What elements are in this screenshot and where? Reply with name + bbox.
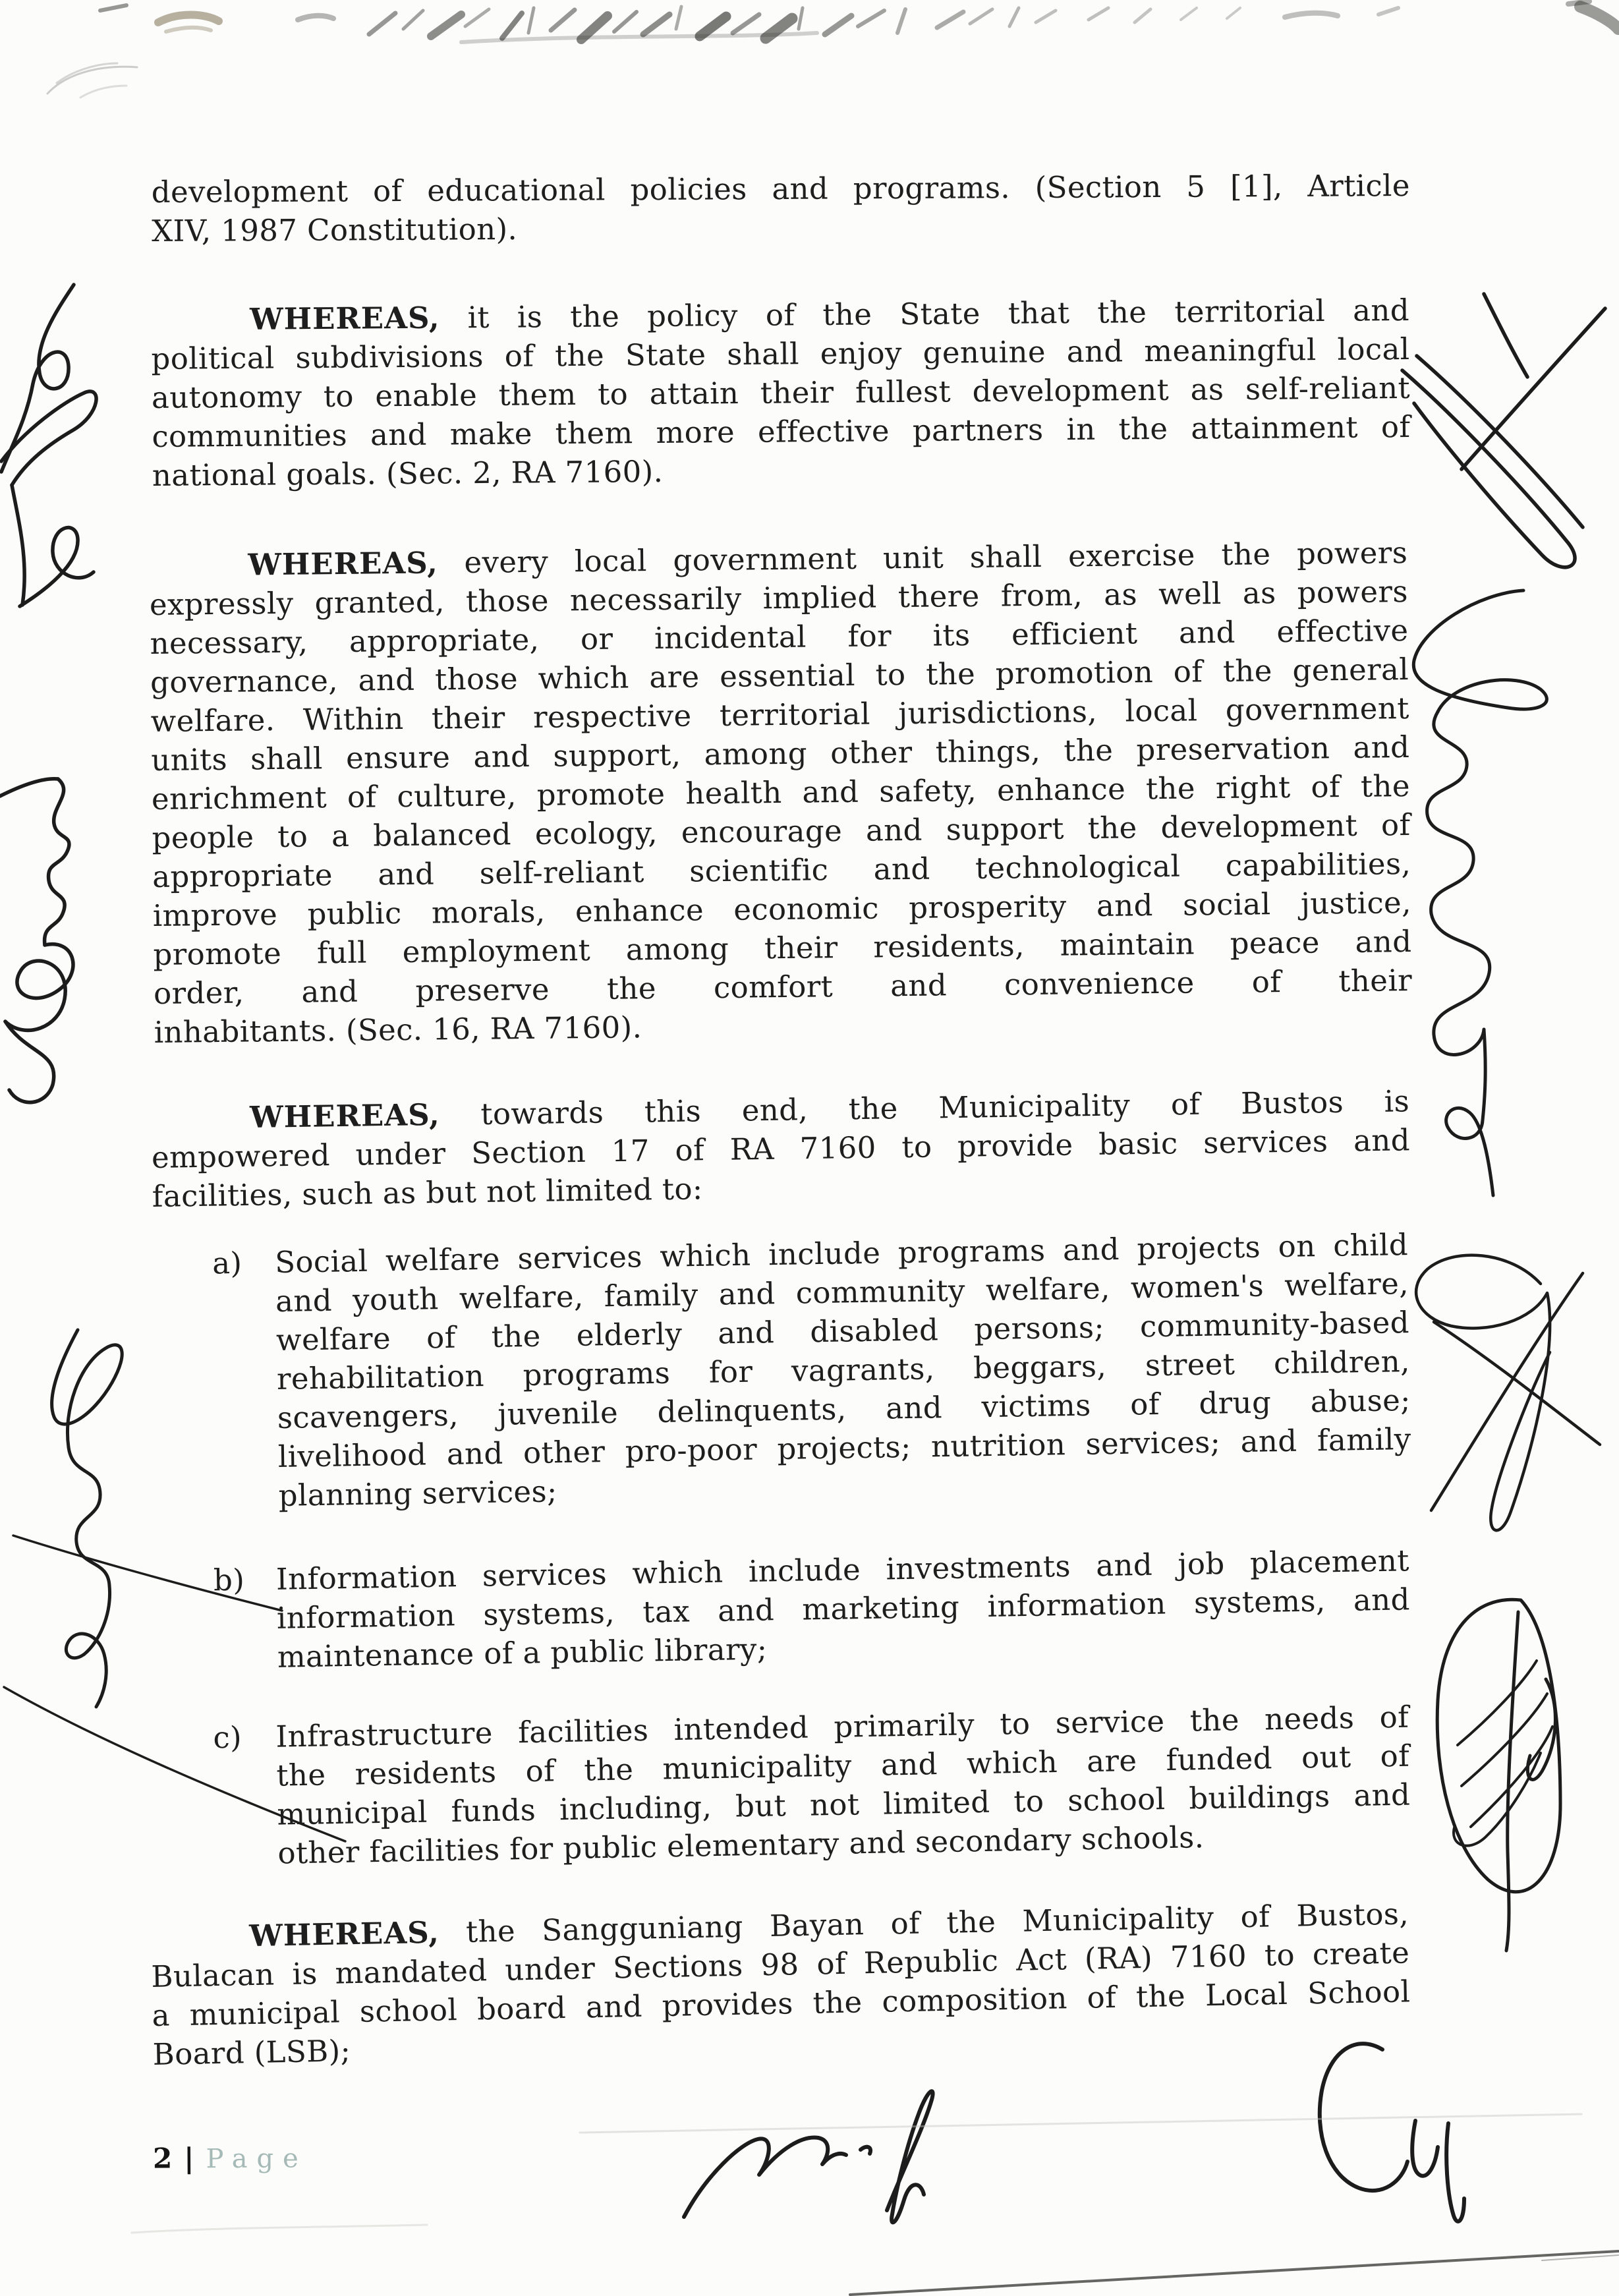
text-line: development of educational policies and …	[152, 166, 1410, 212]
list-item-b: b)Information services which include inv…	[151, 1541, 1411, 1679]
signature-right-middle-x	[1416, 1255, 1600, 1531]
signature-bottom-center	[684, 2091, 933, 2222]
pencil-smudge-top-left	[47, 63, 137, 98]
list-item-label: a)	[212, 1244, 242, 1283]
paragraph: WHEREAS, the Sangguniang Bayan of the Mu…	[150, 1894, 1411, 2074]
scan-noise-top	[100, 1, 1618, 42]
list-item-label: b)	[213, 1561, 245, 1600]
list-item-a: a)Social welfare services which include …	[150, 1225, 1412, 1517]
paragraph: WHEREAS, every local government unit sha…	[149, 533, 1413, 1052]
text-line: XIV, 1987 Constitution).	[152, 205, 1410, 250]
signature-right-oval	[1437, 1599, 1560, 1951]
scan-line-bottom-edge	[132, 2114, 1618, 2295]
footer-separator: |	[184, 2142, 194, 2174]
signature-right-upper	[1413, 590, 1547, 1195]
signature-left-upper	[1, 285, 96, 606]
scanned-document-page: { "document": { "paragraphs": [ { "kind"…	[0, 0, 1619, 2296]
footer-page-word: Page	[206, 2143, 307, 2174]
paragraph: WHEREAS, towards this end, the Municipal…	[151, 1081, 1411, 1216]
signature-right-top	[1402, 294, 1605, 567]
document-body: development of educational policies and …	[152, 173, 1410, 2074]
signature-left-middle	[0, 779, 73, 1103]
page-footer: 2|Page	[153, 2141, 308, 2174]
list-item-label: c)	[213, 1718, 242, 1758]
paragraph: development of educational policies and …	[152, 166, 1411, 250]
list-item-c: c)Infrastructure facilities intended pri…	[150, 1698, 1411, 1875]
paragraph: WHEREAS, it is the policy of the State t…	[151, 291, 1411, 495]
page-number: 2	[153, 2142, 172, 2174]
